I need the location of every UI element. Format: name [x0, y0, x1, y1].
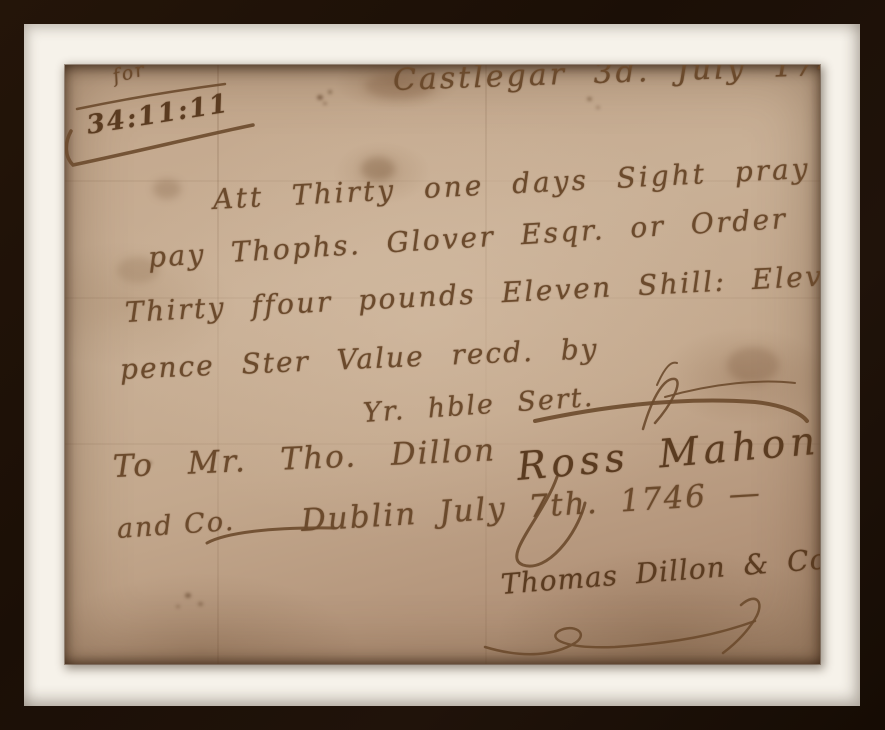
ink-stain	[596, 106, 600, 109]
body-line-4: pence Ster Value recd. by	[119, 332, 599, 386]
flourish-long-dash-upper	[665, 382, 795, 397]
addressee-line-1: To Mr. Tho. Dillon	[112, 432, 497, 485]
manuscript-document: for 34:11:11 Castlegar 3d. July 1746 Att…	[65, 65, 820, 664]
amount-figure: 34:11:11	[85, 89, 232, 141]
place-and-date-line: Castlegar 3d. July 1746	[392, 65, 820, 98]
mat-board: for 34:11:11 Castlegar 3d. July 1746 Att…	[24, 24, 860, 706]
ink-stain	[185, 593, 191, 598]
ink-stain	[198, 602, 203, 606]
ink-stain	[323, 102, 327, 105]
foxing-stain	[727, 347, 779, 383]
drawer-signature: Ross Mahon	[515, 419, 820, 490]
picture-frame: for 34:11:11 Castlegar 3d. July 1746 Att…	[0, 0, 885, 730]
ink-stain	[317, 95, 323, 100]
flourish-after-by	[643, 379, 678, 429]
flourish-signature-tail	[723, 599, 759, 653]
flourish-signature-underline	[485, 621, 755, 654]
foxing-stain	[153, 179, 181, 199]
closing-salutation: Yr. hble Sert.	[362, 382, 595, 429]
ink-stain	[587, 97, 592, 101]
ink-stain	[176, 605, 180, 608]
ink-stain	[328, 90, 332, 94]
acceptance-signature: Thomas Dillon & Co.	[500, 542, 820, 601]
flourish-after-by-upper	[657, 363, 677, 385]
top-left-note: for	[110, 65, 148, 88]
addressee-line-2: and Co.	[116, 506, 236, 545]
